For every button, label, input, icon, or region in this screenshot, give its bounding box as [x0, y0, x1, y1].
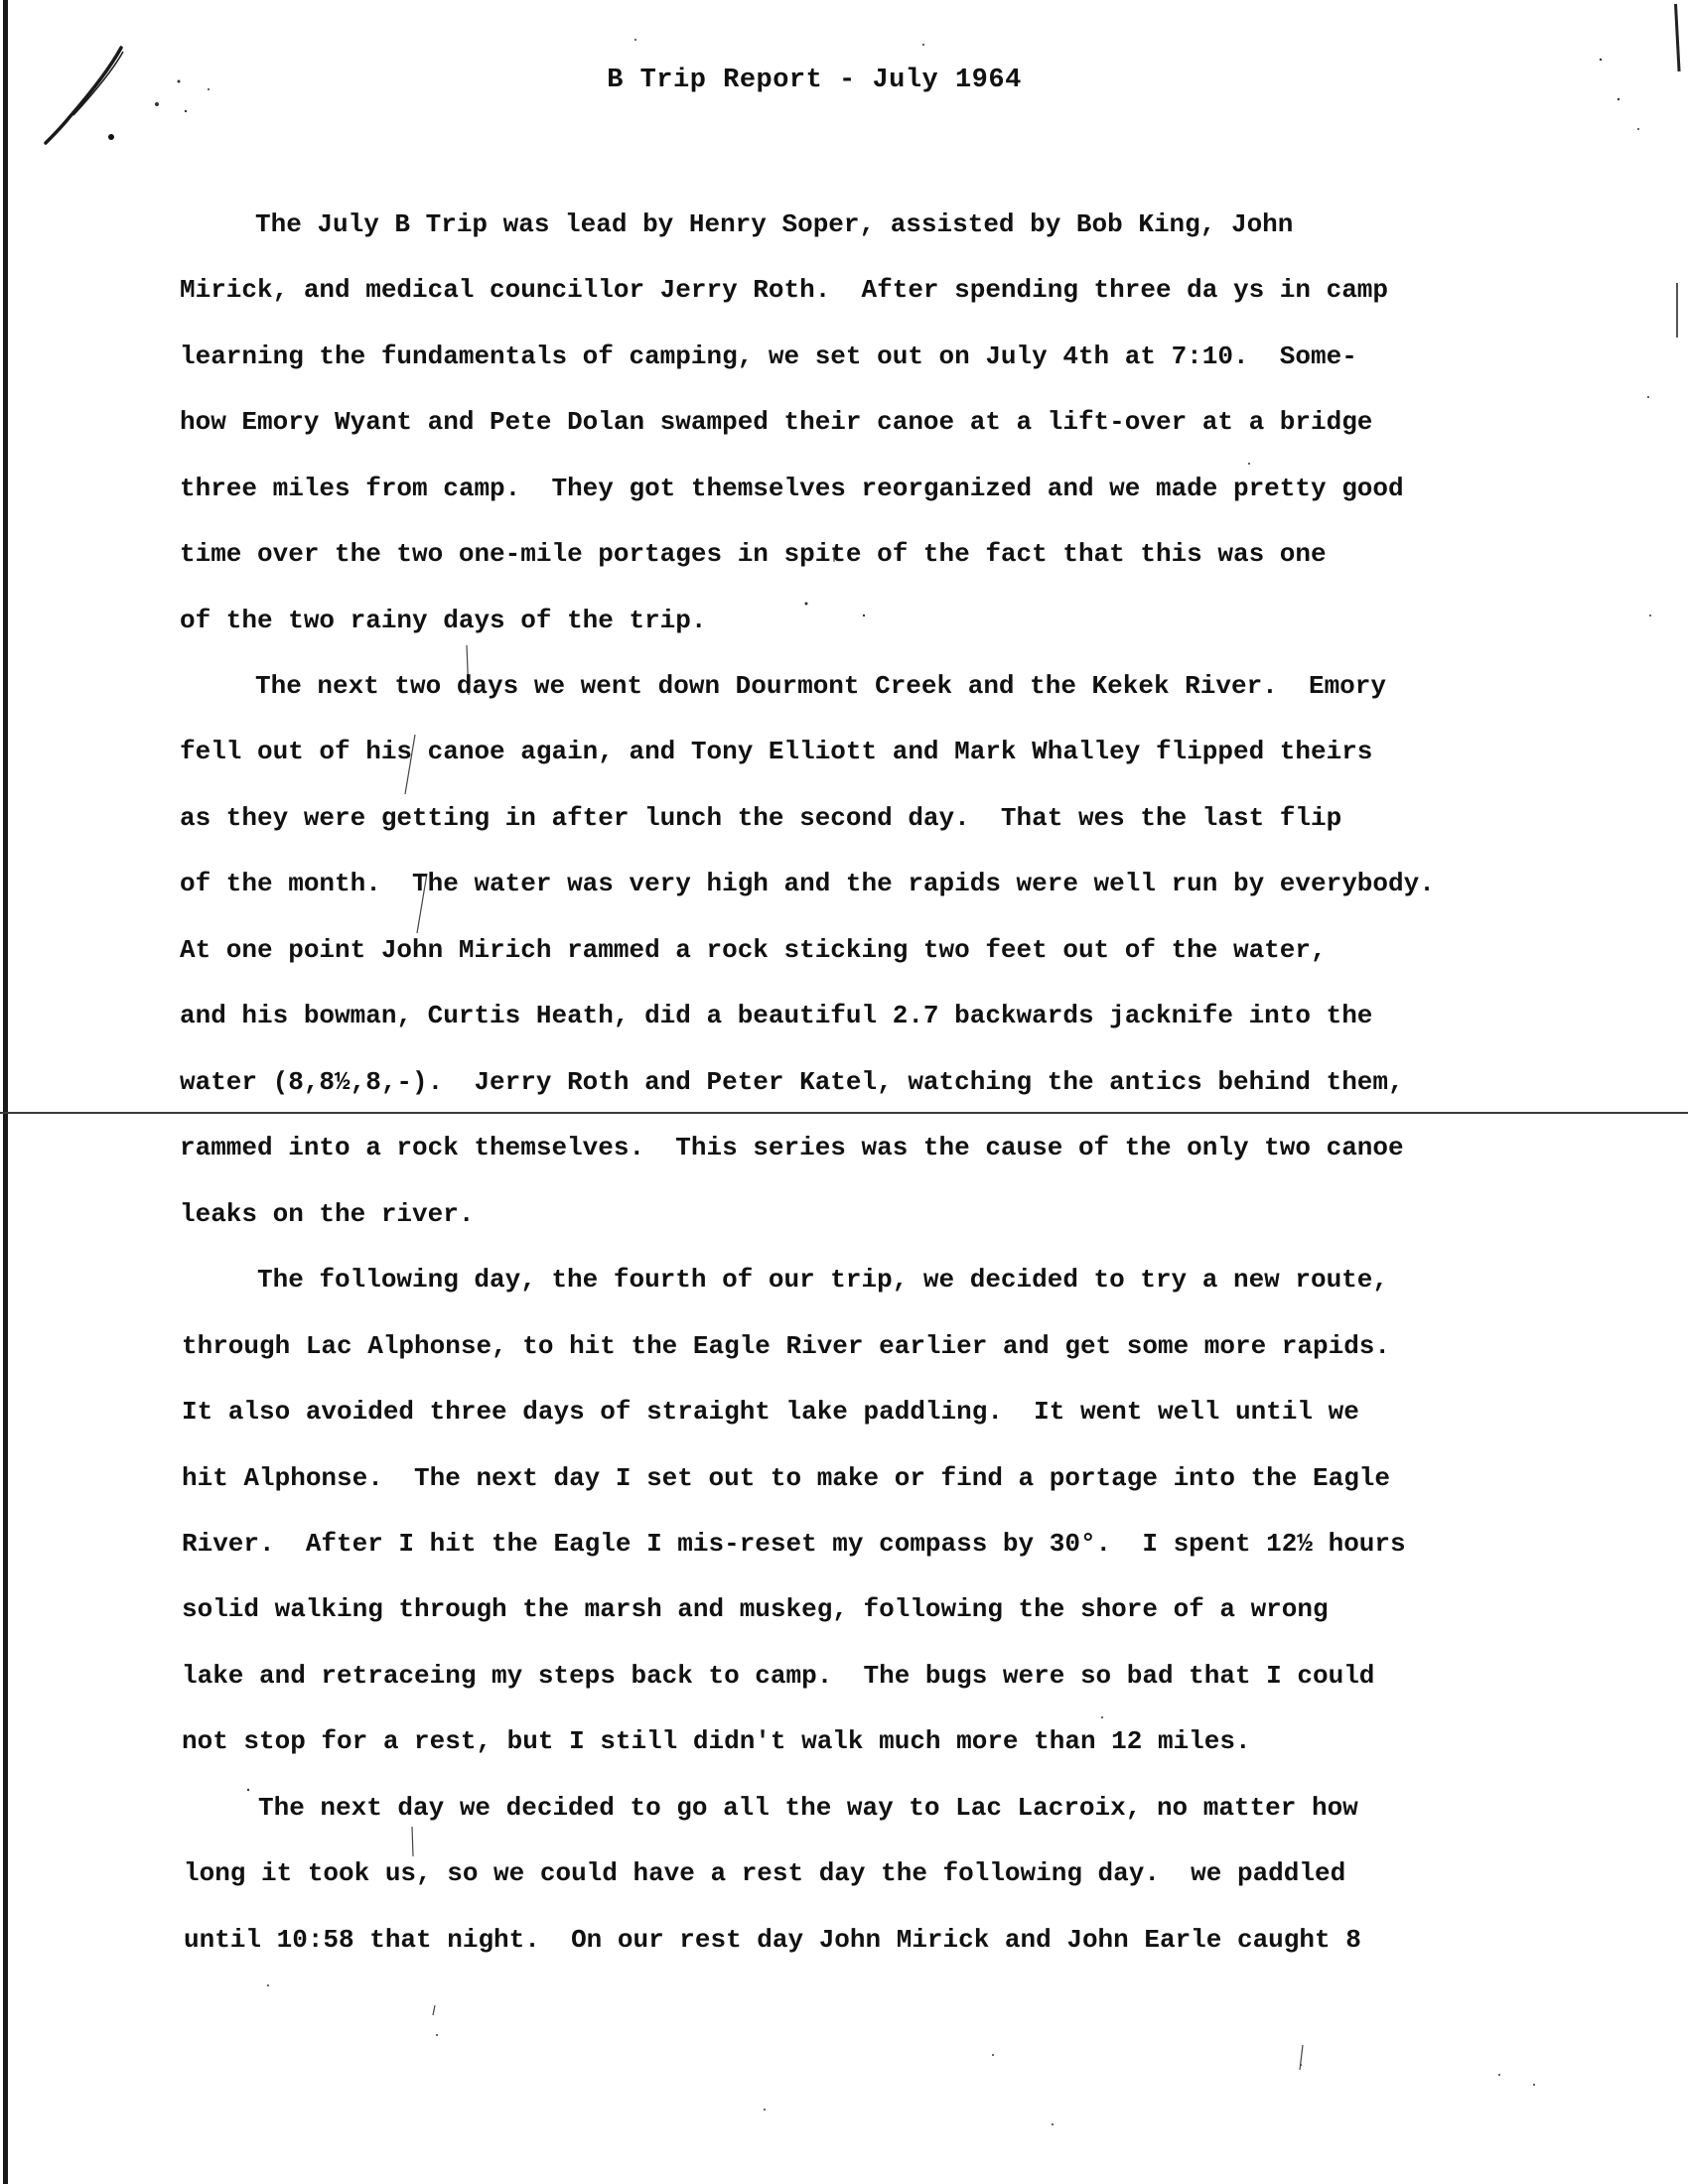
- paragraph-2-line-3: as they were getting in after lunch the …: [180, 803, 1341, 833]
- paragraph-3-line-8: not stop for a rest, but I still didn't …: [182, 1726, 1251, 1756]
- document-title: B Trip Report - July 1964: [0, 66, 1628, 95]
- scan-edge-left: [3, 0, 8, 2184]
- paragraph-1-line-5: three miles from camp. They got themselv…: [180, 474, 1404, 503]
- paragraph-3-line-7: lake and retraceing my steps back to cam…: [182, 1661, 1374, 1691]
- paragraph-4-line-2: long it took us, so we could have a rest…: [184, 1858, 1345, 1888]
- paragraph-2-line-1: The next two days we went down Dourmont …: [255, 671, 1386, 701]
- paragraph-1-line-1: The July B Trip was lead by Henry Soper,…: [255, 209, 1293, 239]
- paragraph-3-line-3: It also avoided three days of straight l…: [182, 1397, 1359, 1427]
- paragraph-2-line-8: rammed into a rock themselves. This seri…: [180, 1133, 1404, 1162]
- paragraph-3-line-2: through Lac Alphonse, to hit the Eagle R…: [182, 1331, 1390, 1361]
- paragraph-3-line-1: The following day, the fourth of our tri…: [257, 1265, 1388, 1295]
- paragraph-4-line-1: The next day we decided to go all the wa…: [258, 1793, 1358, 1823]
- paragraph-1-line-2: Mirick, and medical councillor Jerry Rot…: [180, 275, 1388, 305]
- scan-edge-right-mark: [1676, 283, 1678, 338]
- paragraph-1-line-7: of the two rainy days of the trip.: [180, 606, 707, 635]
- paragraph-2-line-4: of the month. The water was very high an…: [180, 869, 1435, 898]
- page-fold-line: [0, 1112, 1688, 1114]
- scan-edge-right: [1674, 4, 1681, 71]
- paragraph-3-line-5: River. After I hit the Eagle I mis-reset…: [182, 1529, 1406, 1559]
- paragraph-1-line-4: how Emory Wyant and Pete Dolan swamped t…: [180, 407, 1372, 437]
- paragraph-4-line-3: until 10:58 that night. On our rest day …: [184, 1925, 1361, 1955]
- paragraph-2-line-6: and his bowman, Curtis Heath, did a beau…: [180, 1001, 1372, 1030]
- paragraph-3-line-4: hit Alphonse. The next day I set out to …: [182, 1463, 1390, 1493]
- paragraph-2-line-7: water (8,8½,8,-). Jerry Roth and Peter K…: [180, 1067, 1404, 1097]
- paragraph-1-line-3: learning the fundamentals of camping, we…: [180, 341, 1357, 371]
- paragraph-1-line-6: time over the two one-mile portages in s…: [180, 539, 1327, 569]
- paragraph-3-line-6: solid walking through the marsh and musk…: [182, 1594, 1329, 1624]
- scanned-page: B Trip Report - July 1964 The July B Tri…: [0, 0, 1688, 2184]
- paragraph-2-line-2: fell out of his canoe again, and Tony El…: [180, 737, 1372, 766]
- paragraph-2-line-5: At one point John Mirich rammed a rock s…: [180, 935, 1327, 965]
- paragraph-2-line-9: leaks on the river.: [180, 1199, 474, 1229]
